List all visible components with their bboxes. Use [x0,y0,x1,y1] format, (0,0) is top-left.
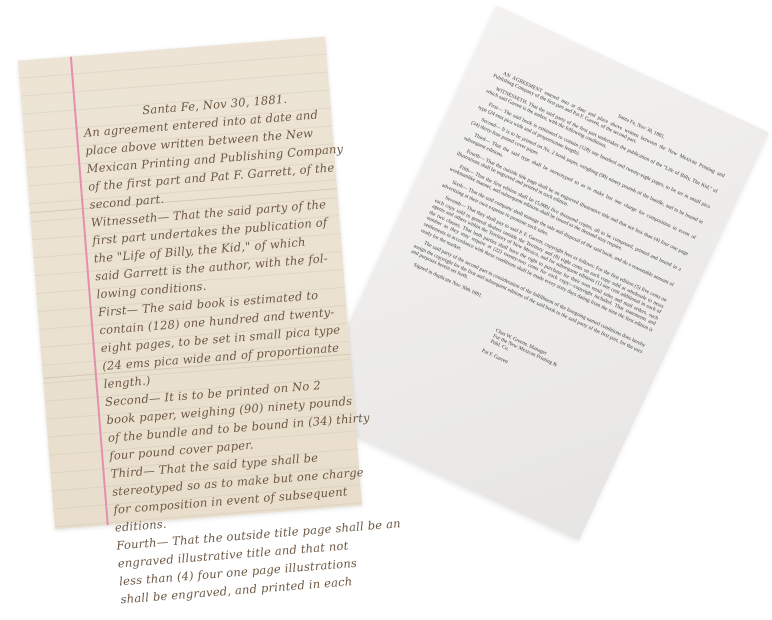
typed-agreement-text: Santa Fe, Nov 30, 1881. AN AGREEMENT ent… [384,58,729,415]
handwritten-text: Santa Fe, Nov 30, 1881. An agreement ent… [82,87,361,608]
handwritten-agreement-page: Santa Fe, Nov 30, 1881. An agreement ent… [18,37,362,530]
typed-agreement-page: Santa Fe, Nov 30, 1881. AN AGREEMENT ent… [307,6,769,541]
